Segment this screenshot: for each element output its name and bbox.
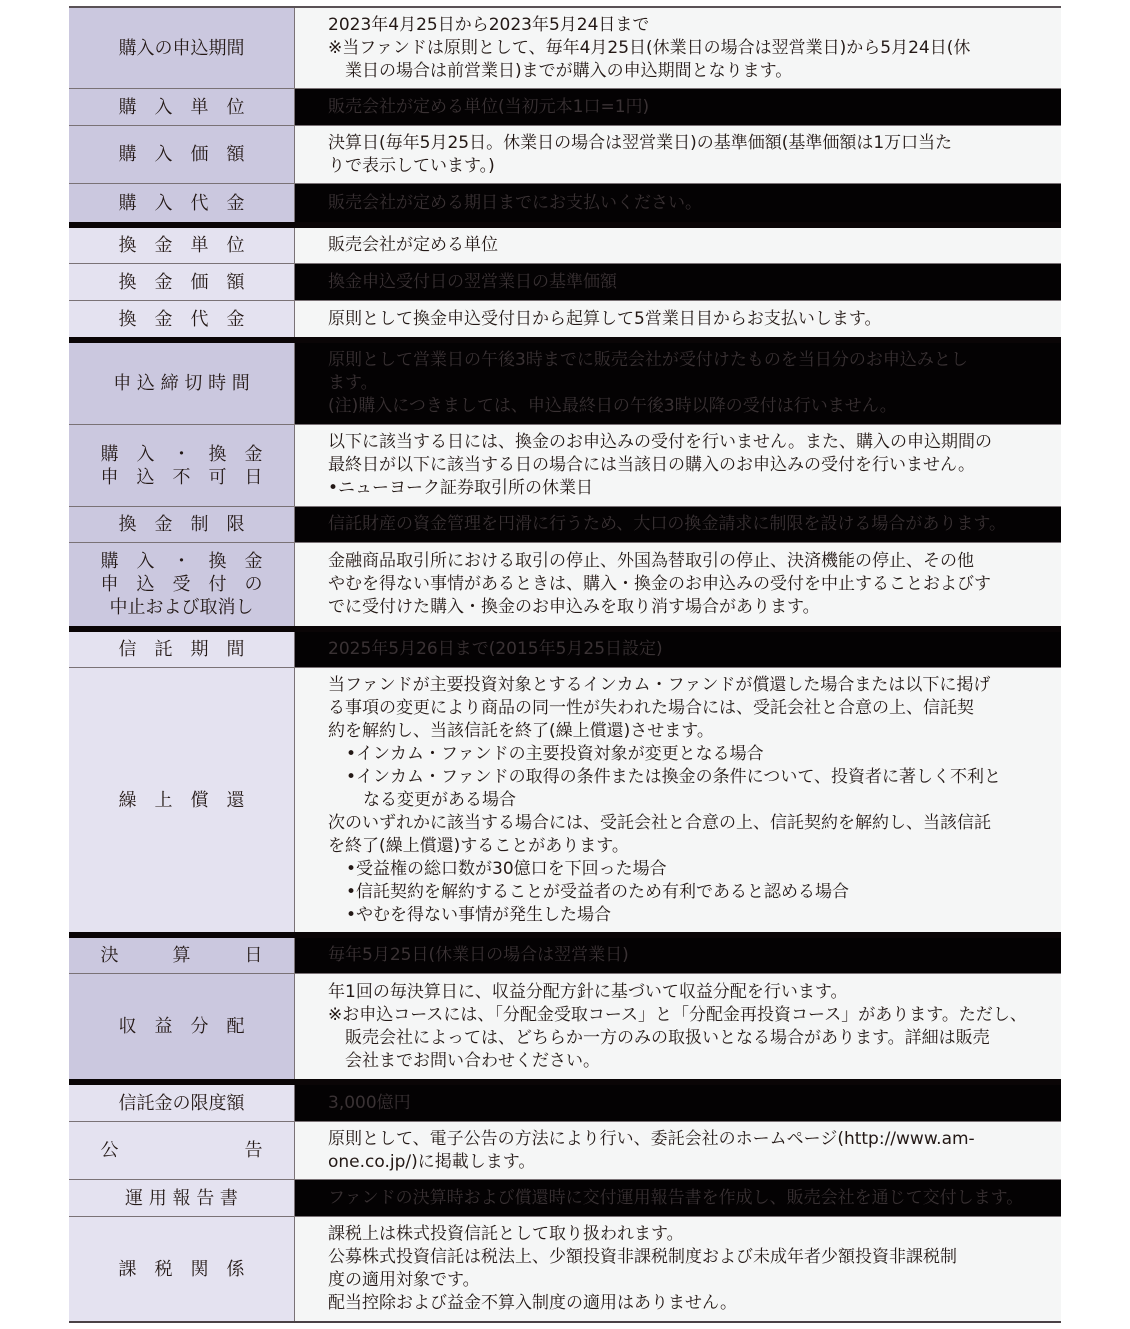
value-line: 原則として営業日の午後3時までに販売会社が受付けたものを当日分のお申込みとし [328,349,1041,372]
row-value: 3,000億円 [295,1085,1061,1121]
value-line: を終了(繰上償還)することがあります。 [328,835,1041,858]
row-value: 販売会社が定める期日までにお支払いください。 [295,184,1061,222]
bullet-line: •インカム・ファンドの主要投資対象が変更となる場合 [328,743,1041,766]
value-line: 約を解約し、当該信託を終了(繰上償還)させます。 [328,720,1041,743]
bullet-line: •インカム・ファンドの取得の条件または換金の条件について、投資者に著しく不利と [328,766,1041,789]
table-row-trust-period: 信 託 期 間 2025年5月26日まで(2015年5月25日設定) [69,632,1061,668]
bullet-line: なる変更がある場合 [328,789,1041,812]
row-label: 購 入 ・ 換 金 申 込 受 付 の 中止および取消し [69,543,295,626]
value-line: •ニューヨーク証券取引所の休業日 [328,477,1041,500]
row-value: 原則として営業日の午後3時までに販売会社が受付けたものを当日分のお申込みとし ま… [295,343,1061,424]
value-line: 販売会社が定める単位(当初元本1口=1円) [328,96,1041,119]
value-line: 換金申込受付日の翌営業日の基準価額 [328,271,1041,294]
row-value: 以下に該当する日には、換金のお申込みの受付を行いません。また、購入の申込期間の … [295,425,1061,506]
value-line: る事項の変更により商品の同一性が失われた場合には、受託会社と合意の上、信託契 [328,697,1041,720]
bullet-line: •受益権の総口数が30億口を下回った場合 [328,858,1041,881]
value-line: りで表示しています。) [328,155,1041,178]
value-line: 販売会社によっては、どちらか一方のみの取扱いとなる場合があります。詳細は販売 [328,1027,1041,1050]
table-row-suspension-cancellation: 購 入 ・ 換 金 申 込 受 付 の 中止および取消し 金融商品取引所における… [69,543,1061,632]
table-row-purchase-unit: 購 入 単 位 販売会社が定める単位(当初元本1口=1円) [69,89,1061,126]
value-line: 配当控除および益金不算入制度の適用はありません。 [328,1292,1041,1315]
label-text: 信託金の限度額 [119,1092,245,1115]
row-value: 当ファンドが主要投資対象とするインカム・ファンドが償還した場合または以下に掲げ … [295,668,1061,932]
row-value: 2023年4月25日から2023年5月24日まで ※当ファンドは原則として、毎年… [295,8,1061,88]
label-text: 決 算 日 [101,944,263,967]
value-line: 最終日が以下に該当する日の場合には当該日の購入のお申込みの受付を行いません。 [328,454,1041,477]
table-row-public-notice: 公 告 原則として、電子公告の方法により行い、委託会社のホームページ(http:… [69,1122,1061,1180]
value-line: ※当ファンドは原則として、毎年4月25日(休業日の場合は翌営業日)から5月24日… [328,37,1041,60]
value-line: 2025年5月26日まで(2015年5月25日設定) [328,638,1041,661]
value-line: 公募株式投資信託は税法上、少額投資非課税制度および未成年者少額投資非課税制 [328,1246,1041,1269]
value-line: 2023年4月25日から2023年5月24日まで [328,14,1041,37]
row-label: 購 入 単 位 [69,89,295,125]
label-text: 収 益 分 配 [119,1015,245,1038]
value-line: 以下に該当する日には、換金のお申込みの受付を行いません。また、購入の申込期間の [328,431,1041,454]
label-text: 運 用 報 告 書 [125,1187,238,1210]
row-label: 公 告 [69,1122,295,1179]
table-row-redemption-unit: 換 金 単 位 販売会社が定める単位 [69,228,1061,264]
row-value: 決算日(毎年5月25日。休業日の場合は翌営業日)の基準価額(基準価額は1万口当た… [295,126,1061,183]
row-value: 課税上は株式投資信託として取り扱われます。 公募株式投資信託は税法上、少額投資非… [295,1217,1061,1321]
row-label: 信託金の限度額 [69,1085,295,1121]
row-value: 換金申込受付日の翌営業日の基準価額 [295,264,1061,300]
value-line: 原則として換金申込受付日から起算して5営業日目からお支払いします。 [328,308,1041,331]
label-text: 申 込 不 可 日 [101,466,263,489]
table-row-redemption-payment: 換 金 代 金 原則として換金申込受付日から起算して5営業日目からお支払いします… [69,301,1061,343]
row-label: 運 用 報 告 書 [69,1180,295,1216]
row-label: 購 入 ・ 換 金 申 込 不 可 日 [69,425,295,506]
value-line: 販売会社が定める期日までにお支払いください。 [328,192,1041,215]
row-value: 年1回の毎決算日に、収益分配方針に基づいて収益分配を行います。 ※お申込コースに… [295,974,1061,1079]
label-text: 換 金 価 額 [119,271,245,294]
value-line: 信託財産の資金管理を円滑に行うため、大口の換金請求に制限を設ける場合があります。 [328,513,1041,536]
label-text: 換 金 代 金 [119,308,245,331]
bullet-line: •やむを得ない事情が発生した場合 [328,904,1041,927]
label-text: 申 込 受 付 の [101,573,263,596]
row-value: 原則として換金申込受付日から起算して5営業日目からお支払いします。 [295,301,1061,337]
row-label: 申 込 締 切 時 間 [69,343,295,424]
table-row-purchase-payment: 購 入 代 金 販売会社が定める期日までにお支払いください。 [69,184,1061,228]
table-row-early-redemption: 繰 上 償 還 当ファンドが主要投資対象とするインカム・ファンドが償還した場合ま… [69,668,1061,938]
row-value: 販売会社が定める単位 [295,228,1061,263]
label-text: 中止および取消し [101,596,263,619]
table-row-purchase-price: 購 入 価 額 決算日(毎年5月25日。休業日の場合は翌営業日)の基準価額(基準… [69,126,1061,184]
table-row-purchase-period: 購入の申込期間 2023年4月25日から2023年5月24日まで ※当ファンドは… [69,8,1061,89]
bullet-line: •信託契約を解約することが受益者のため有利であると認める場合 [328,881,1041,904]
value-line: 当ファンドが主要投資対象とするインカム・ファンドが償還した場合または以下に掲げ [328,674,1041,697]
row-label: 購 入 代 金 [69,184,295,222]
label-text: 購入の申込期間 [119,37,245,60]
value-line: ※お申込コースには、「分配金受取コース」と「分配金再投資コース」があります。ただ… [328,1004,1041,1027]
value-line: ます。 [328,372,1041,395]
row-label: 収 益 分 配 [69,974,295,1079]
label-text: 換 金 制 限 [119,513,245,536]
value-line: 業日の場合は前営業日)までが購入の申込期間となります。 [328,60,1041,83]
value-line: でに受付けた購入・換金のお申込みを取り消す場合があります。 [328,596,1041,619]
label-text: 換 金 単 位 [119,234,245,257]
value-line: やむを得ない事情があるときは、購入・換金のお申込みの受付を中止することおよびす [328,573,1041,596]
value-line: 次のいずれかに該当する場合には、受託会社と合意の上、信託契約を解約し、当該信託 [328,812,1041,835]
label-text: 購 入 ・ 換 金 [101,550,263,573]
value-line: 年1回の毎決算日に、収益分配方針に基づいて収益分配を行います。 [328,981,1041,1004]
value-line: ファンドの決算時および償還時に交付運用報告書を作成し、販売会社を通じて交付します… [328,1187,1041,1210]
table-row-redemption-limit: 換 金 制 限 信託財産の資金管理を円滑に行うため、大口の換金請求に制限を設ける… [69,507,1061,543]
label-text: 公 告 [101,1139,263,1162]
table-row-management-report: 運 用 報 告 書 ファンドの決算時および償還時に交付運用報告書を作成し、販売会… [69,1180,1061,1217]
label-text: 購 入 ・ 換 金 [101,443,263,466]
table-row-redemption-price: 換 金 価 額 換金申込受付日の翌営業日の基準価額 [69,264,1061,301]
value-line: one.co.jp/)に掲載します。 [328,1151,1041,1174]
value-line: 会社までお問い合わせください。 [328,1050,1041,1073]
row-label: 換 金 価 額 [69,264,295,300]
row-label: 決 算 日 [69,938,295,973]
row-label: 購入の申込期間 [69,8,295,88]
fund-terms-table: 購入の申込期間 2023年4月25日から2023年5月24日まで ※当ファンドは… [69,6,1061,1323]
row-value: 毎年5月25日(休業日の場合は翌営業日) [295,938,1061,973]
row-value: 信託財産の資金管理を円滑に行うため、大口の換金請求に制限を設ける場合があります。 [295,507,1061,542]
table-row-distribution: 収 益 分 配 年1回の毎決算日に、収益分配方針に基づいて収益分配を行います。 … [69,974,1061,1085]
row-label: 繰 上 償 還 [69,668,295,932]
table-row-taxation: 課 税 関 係 課税上は株式投資信託として取り扱われます。 公募株式投資信託は税… [69,1217,1061,1323]
table-row-order-cutoff: 申 込 締 切 時 間 原則として営業日の午後3時までに販売会社が受付けたものを… [69,343,1061,425]
value-line: 原則として、電子公告の方法により行い、委託会社のホームページ(http://ww… [328,1128,1041,1151]
value-line: 販売会社が定める単位 [328,234,1041,257]
row-value: 2025年5月26日まで(2015年5月25日設定) [295,632,1061,667]
row-value: 販売会社が定める単位(当初元本1口=1円) [295,89,1061,125]
row-label: 購 入 価 額 [69,126,295,183]
table-row-non-acceptance-days: 購 入 ・ 換 金 申 込 不 可 日 以下に該当する日には、換金のお申込みの受… [69,425,1061,507]
label-text: 信 託 期 間 [119,638,245,661]
label-text: 繰 上 償 還 [119,789,245,812]
row-label: 課 税 関 係 [69,1217,295,1321]
label-text: 購 入 単 位 [119,96,245,119]
value-line: 決算日(毎年5月25日。休業日の場合は翌営業日)の基準価額(基準価額は1万口当た [328,132,1041,155]
row-label: 換 金 制 限 [69,507,295,542]
table-row-trust-limit: 信託金の限度額 3,000億円 [69,1085,1061,1122]
row-value: 金融商品取引所における取引の停止、外国為替取引の停止、決済機能の停止、その他 や… [295,543,1061,626]
table-row-settlement-date: 決 算 日 毎年5月25日(休業日の場合は翌営業日) [69,938,1061,974]
label-text: 購 入 代 金 [119,192,245,215]
row-label: 換 金 単 位 [69,228,295,263]
row-label: 換 金 代 金 [69,301,295,337]
label-text: 申 込 締 切 時 間 [113,372,250,395]
value-line: 度の適用対象です。 [328,1269,1041,1292]
value-line: 3,000億円 [328,1092,1041,1115]
label-text: 課 税 関 係 [119,1258,245,1281]
row-value: ファンドの決算時および償還時に交付運用報告書を作成し、販売会社を通じて交付します… [295,1180,1061,1216]
value-line: (注)購入につきましては、申込最終日の午後3時以降の受付は行いません。 [328,395,1041,418]
row-label: 信 託 期 間 [69,632,295,667]
value-line: 課税上は株式投資信託として取り扱われます。 [328,1223,1041,1246]
label-text: 購 入 価 額 [119,143,245,166]
row-value: 原則として、電子公告の方法により行い、委託会社のホームページ(http://ww… [295,1122,1061,1179]
value-line: 金融商品取引所における取引の停止、外国為替取引の停止、決済機能の停止、その他 [328,550,1041,573]
value-line: 毎年5月25日(休業日の場合は翌営業日) [328,944,1041,967]
